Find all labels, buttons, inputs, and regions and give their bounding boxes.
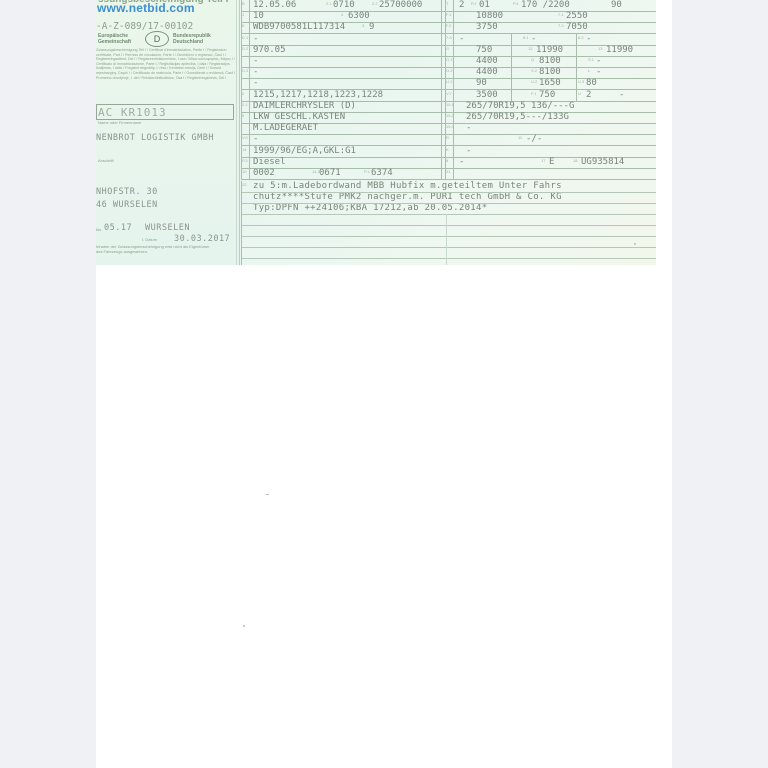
field-value: 265/70R19,5---/133G: [466, 112, 569, 123]
field-value: -: [466, 146, 471, 157]
field-row: DAIMLERCHRYSLER (D)2.1265/70R19,5 136/--…: [241, 101, 656, 113]
field-value: -: [253, 67, 258, 78]
valid-prefix: bis: [96, 227, 101, 232]
field-code: F.1: [446, 12, 451, 17]
scan-speck: [266, 494, 269, 495]
multilingual-fine-print: Zulassungsbescheinigung Teil I / Certifi…: [96, 48, 238, 106]
registration-certificate-scan: ssungsbescheinigung Teil I www.netbid.co…: [96, 0, 656, 265]
holder-label: Name oder Firmenname: [98, 120, 141, 125]
field-row: -D.1---7.38.18.2: [241, 34, 656, 46]
column-divider: [576, 34, 577, 101]
field-value: -/-: [526, 134, 542, 145]
field-value: -: [619, 90, 624, 101]
field-value: 0710: [333, 0, 355, 11]
date-label: I. Datum: [142, 237, 157, 242]
field-code: B: [242, 1, 245, 6]
field-row: WDB9700581L1173149E337507050F.27.2: [241, 22, 656, 34]
field-code: R: [446, 135, 449, 140]
license-plate: AC KR1013: [98, 106, 167, 119]
field-row: 970.05D.27501199011990G1213: [241, 45, 656, 57]
field-value: DAIMLERCHRYSLER (D): [253, 101, 356, 112]
field-code: E: [242, 23, 245, 28]
field-row: 1999/96/EG;A,GKL:G114-K: [241, 146, 656, 158]
field-code: O.1: [446, 57, 452, 62]
field-value: 2550: [566, 11, 588, 22]
field-code: 7.1: [558, 12, 564, 17]
field-code: 18: [573, 158, 577, 163]
field-row: DieselP.3-EUG93581461718: [241, 157, 656, 169]
field-value: 1215,1217,1218,1223,1228: [253, 90, 383, 101]
remarks-rule: [241, 258, 656, 265]
field-value: 8100: [539, 56, 561, 67]
field-row: 12.05.06071025700000B2.12.2201170 /22009…: [241, 0, 656, 12]
scan-speck: [243, 625, 245, 627]
field-code: S.1: [588, 57, 594, 62]
field-value: 8100: [539, 67, 561, 78]
field-value: 0002: [253, 168, 275, 179]
field-code: F.1: [531, 91, 536, 96]
field-value: 2: [586, 90, 591, 101]
field-code: J: [242, 12, 244, 17]
field-code: 11: [518, 135, 522, 140]
certificate-fields-grid: 12.05.06071025700000B2.12.2201170 /22009…: [241, 0, 656, 265]
field-code: 5: [242, 113, 244, 118]
field-row: 1215,1217,1218,1223,1228235007502-V.7F.1…: [241, 90, 656, 102]
field-code: K: [446, 147, 449, 152]
column-divider: [241, 0, 242, 179]
column-divider: [453, 0, 454, 179]
field-row: LKW GESCHL.KASTEN5265/70R19,5---/133G15.…: [241, 112, 656, 124]
field-code: D.1: [242, 35, 248, 40]
field-code: 13: [598, 46, 602, 51]
field-code: 21: [446, 169, 450, 174]
field-code: D.3: [242, 68, 248, 73]
scan-speck: [634, 243, 636, 245]
field-code: 4: [341, 12, 343, 17]
column-divider: [441, 0, 442, 179]
field-value: 12.05.06: [253, 0, 296, 11]
field-value: 3500: [476, 90, 498, 101]
field-code: Q: [531, 57, 534, 62]
field-value: 4400: [476, 56, 498, 67]
column-divider: [241, 181, 242, 265]
field-value: -: [253, 134, 258, 145]
field-code: 8.2: [578, 35, 584, 40]
field-code: P.3: [242, 158, 248, 163]
field-value: 970.05: [253, 45, 286, 56]
field-value: 01: [479, 0, 490, 11]
column-divider: [445, 0, 446, 179]
field-value: 80: [586, 78, 597, 89]
field-value: -: [459, 157, 464, 168]
issue-city: WURSELEN: [145, 223, 190, 233]
field-value: 90: [476, 78, 487, 89]
field-code: 12: [528, 46, 532, 51]
field-value: WDB9700581L117314: [253, 22, 345, 33]
field-value: UG935814: [581, 157, 624, 168]
valid-until: 05.17: [104, 223, 132, 233]
field-code: 14.1: [312, 169, 320, 174]
field-code: U.2: [531, 79, 537, 84]
field-value: 90: [611, 0, 622, 11]
column-divider: [446, 214, 447, 265]
address-label: Anschrift: [98, 158, 114, 163]
field-value: 2: [459, 0, 464, 11]
field-code: P.4: [513, 1, 519, 6]
certificate-left-panel: ssungsbescheinigung Teil I www.netbid.co…: [96, 0, 240, 265]
field-code: L: [588, 68, 590, 73]
field-code: S.2: [531, 68, 537, 73]
field-value: -: [466, 123, 471, 134]
field-code: 10: [242, 169, 246, 174]
field-value: 11990: [536, 45, 563, 56]
field-code: 2.1: [242, 102, 248, 107]
field-code: 17: [541, 158, 545, 163]
field-code: 2: [242, 91, 244, 96]
field-value: 4400: [476, 67, 498, 78]
field-code: 8.1: [523, 35, 529, 40]
column-divider: [249, 0, 250, 179]
field-row: -D.344008100-O.2S.2L: [241, 67, 656, 79]
city: 46 WURSELEN: [96, 200, 158, 210]
field-code: V.7: [446, 91, 452, 96]
column-divider: [511, 34, 512, 101]
field-code: 7.3: [446, 35, 452, 40]
field-value: E: [549, 157, 554, 168]
field-value: 10: [253, 11, 264, 22]
field-value: M.LADEGERAET: [253, 123, 318, 134]
field-code: 2.2: [372, 1, 378, 6]
field-value: 750: [539, 90, 555, 101]
field-code: V.9: [242, 135, 248, 140]
document-number: -A-Z-089/17-00102: [96, 21, 193, 32]
field-code: T: [446, 1, 448, 6]
field-code: O.2: [446, 68, 452, 73]
field-value: 1999/96/EG;A,GKL:G1: [253, 146, 356, 157]
field-value: 170 /2200: [521, 0, 570, 11]
field-value: Diesel: [253, 157, 286, 168]
field-code: F.2: [446, 23, 451, 28]
issue-date: 30.03.2017: [174, 234, 230, 244]
field-code: P.1: [364, 169, 370, 174]
street: NHOFSTR. 30: [96, 187, 158, 197]
field-code: 7.2: [558, 23, 564, 28]
field-value: -: [531, 34, 536, 45]
field-value: 0671: [319, 168, 341, 179]
field-value: -: [586, 34, 591, 45]
field-value: 11990: [606, 45, 633, 56]
field-value: 3750: [476, 22, 498, 33]
field-value: -: [253, 56, 258, 67]
field-value: -: [596, 67, 601, 78]
field-row: -90165080U.1U.2U.3: [241, 78, 656, 90]
field-value: 9: [369, 22, 374, 33]
field-value: -: [459, 34, 464, 45]
field-value: 265/70R19,5 136/---G: [466, 101, 574, 112]
field-code: 3: [362, 23, 364, 28]
field-value: 6300: [348, 11, 370, 22]
footer-note: Inhaber der Zulassungsbescheinigung wird…: [96, 245, 216, 254]
field-code: 14: [242, 147, 246, 152]
field-code: U: [578, 91, 581, 96]
watermark-url[interactable]: www.netbid.com: [97, 1, 195, 15]
country-label: Bundesrepublik Deutschland: [173, 33, 211, 45]
field-value: -: [596, 56, 601, 67]
country-code-oval: D: [145, 31, 169, 47]
field-code: 2.1: [326, 1, 332, 6]
holder-name: NENBROT LOGISTIK GMBH: [96, 133, 214, 143]
field-row: -44008100-O.1QS.1: [241, 56, 656, 68]
field-code: 6: [446, 158, 448, 163]
field-value: 750: [476, 45, 492, 56]
field-row: 0002067163741014.1P.121: [241, 168, 656, 180]
field-value: 1650: [539, 78, 561, 89]
field-code: U.1: [446, 79, 452, 84]
field-value: 10800: [476, 11, 503, 22]
field-code: G: [446, 46, 449, 51]
field-code: U.3: [578, 79, 584, 84]
field-value: -: [253, 78, 258, 89]
field-code: P.2: [471, 1, 477, 6]
field-value: 6374: [371, 168, 393, 179]
field-row: -V.9-/-R11: [241, 134, 656, 146]
field-row: M.LADEGERAET-15.3: [241, 123, 656, 135]
field-row: 106300J4108002550F.17.1: [241, 11, 656, 23]
field-value: LKW GESCHL.KASTEN: [253, 112, 345, 123]
eu-label: Europäische Gemeinschaft: [98, 33, 131, 45]
field-value: 25700000: [379, 0, 422, 11]
field-value: -: [253, 34, 258, 45]
field-value: 7050: [566, 22, 588, 33]
field-code: D.2: [242, 46, 248, 51]
